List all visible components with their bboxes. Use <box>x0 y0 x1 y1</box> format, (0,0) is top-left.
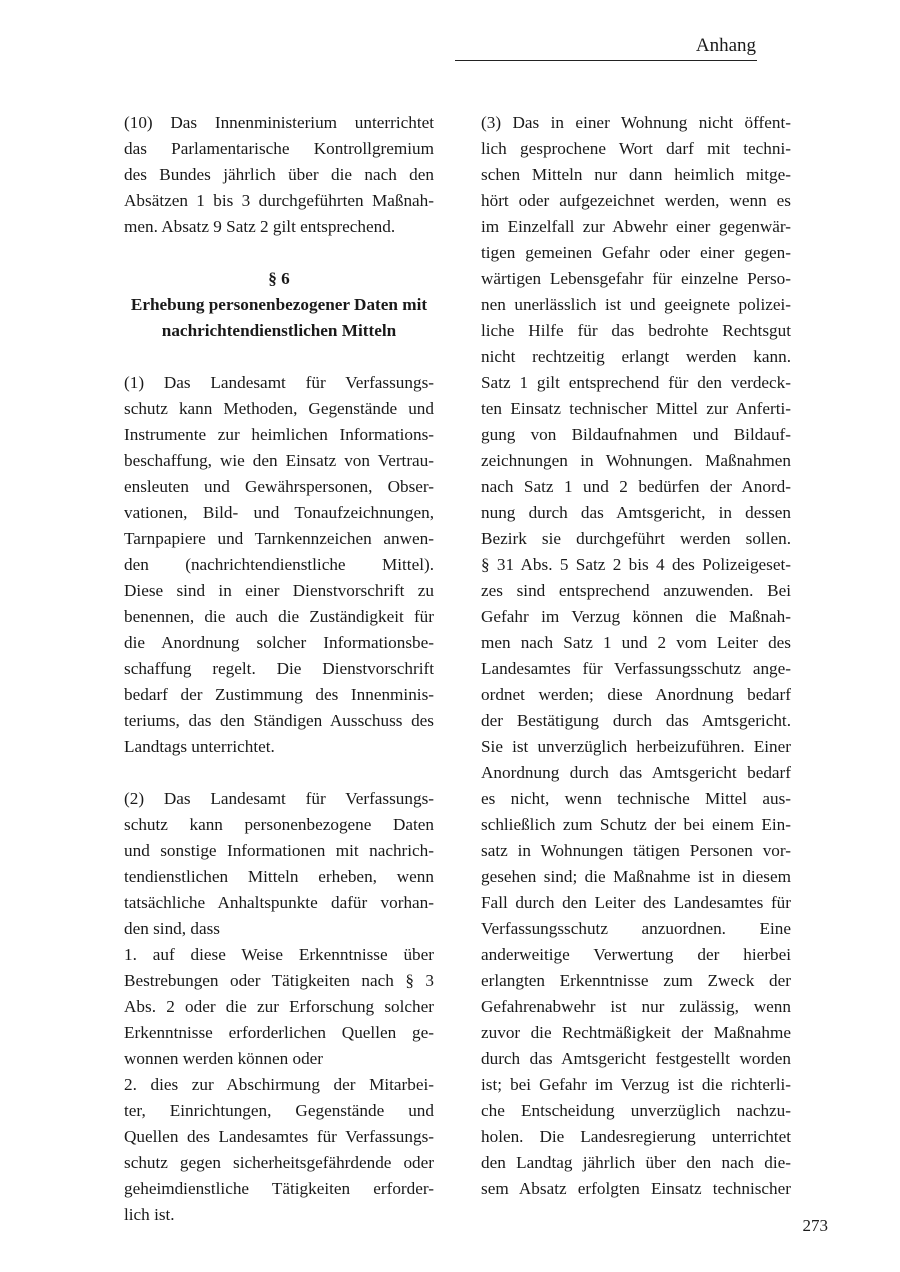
text-line: Satz 1 gilt entsprechend für den verdeck… <box>481 370 791 396</box>
text-line: anderweitige Verwertung der hierbei <box>481 942 791 968</box>
text-line: den (nachrichtendienstliche Mittel). <box>124 552 434 578</box>
text-line: Quellen des Landesamtes für Verfassungs- <box>124 1124 434 1150</box>
text-line: men nach Satz 1 und 2 vom Leiter des <box>481 630 791 656</box>
text-line: tendienstlichen Mitteln erheben, wenn <box>124 864 434 890</box>
text-line: Tarnpapiere und Tarnkennzeichen anwen- <box>124 526 434 552</box>
text-line: den sind, dass <box>124 916 434 942</box>
text-line: (3) Das in einer Wohnung nicht öffent- <box>481 110 791 136</box>
text-line: Instrumente zur heimlichen Informations- <box>124 422 434 448</box>
text-line: Sie ist unverzüglich herbeizuführen. Ein… <box>481 734 791 760</box>
text-line: nung durch das Amtsgericht, in dessen <box>481 500 791 526</box>
text-line: Gefahr im Verzug können die Maßnah- <box>481 604 791 630</box>
text-line: Gefahrenabwehr ist nur zulässig, wenn <box>481 994 791 1020</box>
text-line: ist; bei Gefahr im Verzug ist die richte… <box>481 1072 791 1098</box>
text-line: Fall durch den Leiter des Landesamtes fü… <box>481 890 791 916</box>
text-line: liche Hilfe für das bedrohte Rechtsgut <box>481 318 791 344</box>
text-line: bedarf der Zustimmung des Innenminis- <box>124 682 434 708</box>
text-line: wonnen werden können oder <box>124 1046 434 1072</box>
text-line: gung von Bildaufnahmen und Bildauf- <box>481 422 791 448</box>
list-item-2: 2. dies zur Abschirmung der Mitarbei- te… <box>124 1072 434 1228</box>
section-number: § 6 <box>124 266 434 292</box>
text-line: holen. Die Landesregierung unterrichtet <box>481 1124 791 1150</box>
section-heading: § 6 Erhebung personenbezogener Daten mit… <box>124 266 434 344</box>
text-line: (1) Das Landesamt für Verfassungs- <box>124 370 434 396</box>
text-line: beschaffung, wie den Einsatz von Vertrau… <box>124 448 434 474</box>
text-line: nach Satz 1 und 2 bedürfen der Anord- <box>481 474 791 500</box>
text-line: vationen, Bild- und Tonaufzeichnungen, <box>124 500 434 526</box>
text-line: des Bundes jährlich über die nach den <box>124 162 434 188</box>
text-line: Landtags unterrichtet. <box>124 734 434 760</box>
text-line: wärtigen Lebensgefahr für einzelne Perso… <box>481 266 791 292</box>
text-line: men. Absatz 9 Satz 2 gilt entsprechend. <box>124 214 434 240</box>
text-line: Absätzen 1 bis 3 durchgeführten Maßnah- <box>124 188 434 214</box>
header-rule <box>455 60 757 61</box>
text-line: (10) Das Innenministerium unterrichtet <box>124 110 434 136</box>
text-line: zes sind entsprechend anzuwenden. Bei <box>481 578 791 604</box>
text-line: ter, Einrichtungen, Gegenstände und <box>124 1098 434 1124</box>
text-line: Diese sind in einer Dienstvorschrift zu <box>124 578 434 604</box>
text-line: der Bestätigung durch das Amtsgericht. <box>481 708 791 734</box>
left-column: (10) Das Innenministerium unterrichtet d… <box>124 110 434 1228</box>
spacer <box>124 760 434 786</box>
text-line: 2. dies zur Abschirmung der Mitarbei- <box>124 1072 434 1098</box>
text-line: erlangten Erkenntnisse zum Zweck der <box>481 968 791 994</box>
text-line: den Landtag jährlich über den nach die- <box>481 1150 791 1176</box>
text-line: satz in Wohnungen tätigen Personen vor- <box>481 838 791 864</box>
page-number: 273 <box>760 1214 828 1238</box>
text-line: schen Mitteln nur dann heimlich mitge- <box>481 162 791 188</box>
text-line: Abs. 2 oder die zur Erforschung solcher <box>124 994 434 1020</box>
text-line: nen unerlässlich ist und geeignete poliz… <box>481 292 791 318</box>
text-line: schutz kann Methoden, Gegenstände und <box>124 396 434 422</box>
text-line: ordnet werden; diese Anordnung bedarf <box>481 682 791 708</box>
text-line: schutz kann personenbezogene Daten <box>124 812 434 838</box>
paragraph-10: (10) Das Innenministerium unterrichtet d… <box>124 110 434 240</box>
right-column: (3) Das in einer Wohnung nicht öffent-li… <box>481 110 791 1202</box>
text-line: die Anordnung solcher Informationsbe- <box>124 630 434 656</box>
text-line: das Parlamentarische Kontrollgremium <box>124 136 434 162</box>
text-line: 1. auf diese Weise Erkenntnisse über <box>124 942 434 968</box>
text-line: tigen gemeinen Gefahr oder einer gegen- <box>481 240 791 266</box>
text-line: zuvor die Rechtmäßigkeit der Maßnahme <box>481 1020 791 1046</box>
text-line: Erkenntnisse erforderlichen Quellen ge- <box>124 1020 434 1046</box>
spacer <box>124 240 434 266</box>
section-title-line: Erhebung personenbezogener Daten mit <box>124 292 434 318</box>
text-line: sem Absatz erfolgten Einsatz technischer <box>481 1176 791 1202</box>
text-line: benennen, die auch die Zuständigkeit für <box>124 604 434 630</box>
text-line: nicht rechtzeitig erlangt werden kann. <box>481 344 791 370</box>
paragraph-3: (3) Das in einer Wohnung nicht öffent-li… <box>481 110 791 1202</box>
text-line: und sonstige Informationen mit nachrich- <box>124 838 434 864</box>
text-line: Bestrebungen oder Tätigkeiten nach § 3 <box>124 968 434 994</box>
text-line: ten Einsatz technischer Mittel zur Anfer… <box>481 396 791 422</box>
text-line: geheimdienstliche Tätigkeiten erforder- <box>124 1176 434 1202</box>
text-line: durch das Amtsgericht festgestellt worde… <box>481 1046 791 1072</box>
paragraph-2: (2) Das Landesamt für Verfassungs- schut… <box>124 786 434 942</box>
text-line: Landesamtes für Verfassungsschutz ange- <box>481 656 791 682</box>
text-line: hört oder aufgezeichnet werden, wenn es <box>481 188 791 214</box>
paragraph-1: (1) Das Landesamt für Verfassungs- schut… <box>124 370 434 760</box>
text-line: zeichnungen in Wohnungen. Maßnahmen <box>481 448 791 474</box>
text-line: Verfassungsschutz anzuordnen. Eine <box>481 916 791 942</box>
text-line: tatsächliche Anhaltspunkte dafür vorhan- <box>124 890 434 916</box>
text-line: im Einzelfall zur Abwehr einer gegenwär- <box>481 214 791 240</box>
text-line: § 31 Abs. 5 Satz 2 bis 4 des Polizeigese… <box>481 552 791 578</box>
running-header: Anhang <box>640 34 756 58</box>
text-line: schließlich zum Schutz der bei einem Ein… <box>481 812 791 838</box>
text-line: lich gesprochene Wort darf mit techni- <box>481 136 791 162</box>
text-line: es nicht, wenn technische Mittel aus- <box>481 786 791 812</box>
text-line: Anordnung durch das Amtsgericht bedarf <box>481 760 791 786</box>
text-line: schaffung regelt. Die Dienstvorschrift <box>124 656 434 682</box>
text-line: gesehen sind; die Maßnahme ist in diesem <box>481 864 791 890</box>
list-item-1: 1. auf diese Weise Erkenntnisse über Bes… <box>124 942 434 1072</box>
text-line: ensleuten und Gewährspersonen, Obser- <box>124 474 434 500</box>
spacer <box>124 344 434 370</box>
text-line: lich ist. <box>124 1202 434 1228</box>
text-line: che Entscheidung unverzüglich nachzu- <box>481 1098 791 1124</box>
text-line: Bezirk sie durchgeführt werden sollen. <box>481 526 791 552</box>
text-line: teriums, das den Ständigen Ausschuss des <box>124 708 434 734</box>
section-title-line: nachrichtendienstlichen Mitteln <box>124 318 434 344</box>
text-line: schutz gegen sicherheitsgefährdende oder <box>124 1150 434 1176</box>
text-line: (2) Das Landesamt für Verfassungs- <box>124 786 434 812</box>
